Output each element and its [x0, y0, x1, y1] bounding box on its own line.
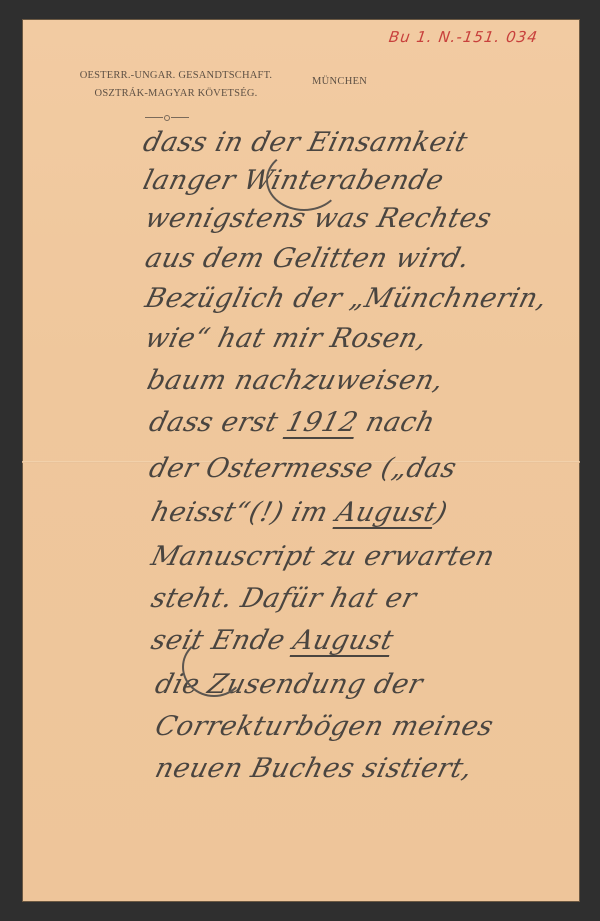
archive-reference-number: Bu 1. N.-151. 034: [388, 28, 539, 46]
scanned-document: Bu 1. N.-151. 034 OESTERR.-UNGAR. GESAND…: [0, 0, 600, 921]
handwritten-line: der Ostermesse („das: [146, 453, 460, 484]
handwritten-line: Manuscript zu erwarten: [148, 541, 498, 572]
handwritten-line: wie“ hat mir Rosen,: [142, 323, 430, 354]
handwritten-line: aus dem Gelitten wird.: [142, 243, 473, 274]
letterhead-ornament-icon: [145, 115, 189, 121]
underlined-month: August: [290, 625, 397, 656]
handwritten-loop-mark: [266, 149, 342, 211]
handwritten-line: Bezüglich der „Münchnerin,: [142, 283, 550, 314]
letterhead-line-german: OESTERR.-UNGAR. GESANDTSCHAFT.: [56, 67, 296, 85]
letterhead: OESTERR.-UNGAR. GESANDTSCHAFT. OSZTRÁK-M…: [56, 67, 296, 103]
handwritten-line: dass erst 1912 nach: [146, 407, 438, 438]
handwritten-loop-mark: [182, 637, 246, 697]
handwritten-line: Correkturbögen meines: [152, 711, 497, 742]
handwritten-line: baum nachzuweisen,: [144, 365, 447, 396]
letterhead-line-hungarian: OSZTRÁK-MAGYAR KÖVETSÉG.: [56, 85, 296, 103]
letter-paper: Bu 1. N.-151. 034 OESTERR.-UNGAR. GESAND…: [22, 19, 580, 902]
letterhead-city: MÜNCHEN: [312, 76, 367, 87]
handwritten-line: heisst“(!) im August): [148, 497, 451, 528]
handwritten-line: neuen Buches sistiert,: [152, 753, 476, 784]
handwritten-line: steht. Dafür hat er: [148, 583, 420, 614]
underlined-month: August: [333, 497, 440, 528]
underlined-year: 1912: [283, 407, 361, 438]
